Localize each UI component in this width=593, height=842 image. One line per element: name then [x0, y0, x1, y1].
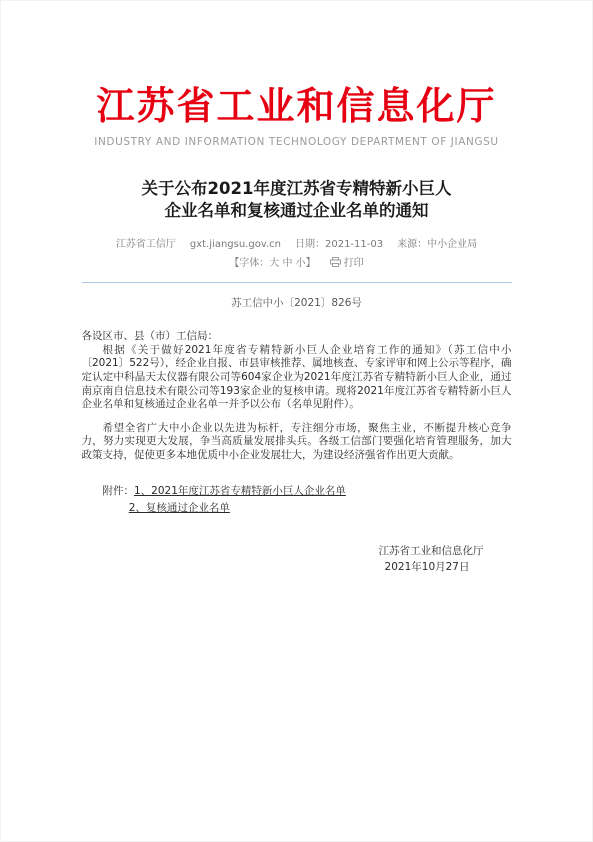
meta-site-link[interactable]: gxt.jiangsu.gov.cn [190, 239, 281, 250]
meta-row-2: 【字体：大 中 小】打印 [82, 254, 512, 274]
attachment-row-2: 2、复核通过企业名单 [82, 500, 512, 517]
article-title: 关于公布2021年度江苏省专精特新小巨人 企业名单和复核通过企业名单的通知 [82, 178, 512, 223]
masthead: 江苏省工业和信息化厅 INDUSTRY AND INFORMATION TECH… [82, 85, 512, 148]
document-number: 苏工信中小〔2021〕826号 [82, 295, 512, 310]
attachment-row-1: 附件：1、2021年度江苏省专精特新小巨人企业名单 [82, 483, 512, 500]
attachments-section: 附件：1、2021年度江苏省专精特新小巨人企业名单 2、复核通过企业名单 [82, 483, 512, 517]
print-button[interactable]: 打印 [330, 258, 364, 269]
print-label: 打印 [344, 258, 364, 269]
divider-line [82, 282, 512, 283]
document-body: 各设区市、县（市）工信局： 根据《关于做好2021年度省专精特新小巨人企业培育工… [82, 330, 512, 462]
signature-org: 江苏省工业和信息化厅 [82, 543, 484, 559]
signature-date: 2021年10月27日 [82, 559, 484, 575]
agency-title-en: INDUSTRY AND INFORMATION TECHNOLOGY DEPA… [82, 136, 512, 148]
attachment-link-2[interactable]: 2、复核通过企业名单 [129, 502, 230, 514]
document-page: 江苏省工业和信息化厅 INDUSTRY AND INFORMATION TECH… [82, 1, 512, 575]
agency-title-cn: 江苏省工业和信息化厅 [82, 85, 512, 129]
signature-block: 江苏省工业和信息化厅 2021年10月27日 [82, 543, 512, 575]
meta-source: 来源：中小企业局 [397, 239, 477, 250]
article-title-line1: 关于公布2021年度江苏省专精特新小巨人 [142, 179, 452, 198]
print-icon [330, 255, 341, 274]
attachments-label: 附件： [103, 485, 135, 497]
salutation: 各设区市、县（市）工信局： [82, 330, 512, 344]
body-paragraph-2: 希望全省广大中小企业以先进为标杆，专注细分市场，聚焦主业，不断提升核心竞争力，努… [82, 422, 512, 463]
article-title-line2: 企业名单和复核通过企业名单的通知 [165, 201, 429, 220]
meta-date: 日期：2021-11-03 [295, 239, 383, 250]
meta-agency: 江苏省工信厅 [116, 239, 176, 250]
attachment-link-1[interactable]: 1、2021年度江苏省专精特新小巨人企业名单 [134, 485, 346, 497]
font-size-control[interactable]: 【字体：大 中 小】 [229, 258, 315, 269]
article-meta: 江苏省工信厅gxt.jiangsu.gov.cn日期：2021-11-03来源：… [82, 235, 512, 274]
meta-row-1: 江苏省工信厅gxt.jiangsu.gov.cn日期：2021-11-03来源：… [82, 235, 512, 254]
body-paragraph-1: 根据《关于做好2021年度省专精特新小巨人企业培育工作的通知》（苏工信中小〔20… [82, 344, 512, 412]
